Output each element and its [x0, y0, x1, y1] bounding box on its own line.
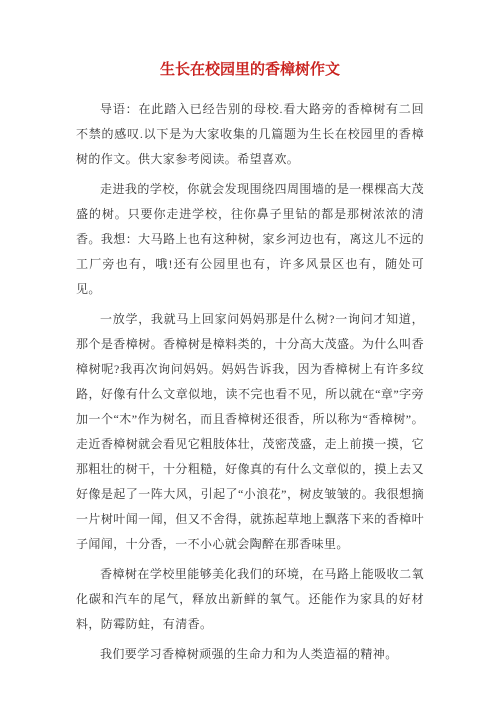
paragraph-school-trees: 走进我的学校，你就会发现围绕四周围墙的是一棵棵高大茂盛的树。只要你走进学校，往你… — [76, 177, 424, 302]
paragraph-conclusion: 我们要学习香樟树顽强的生命力和为人类造福的精神。 — [76, 642, 424, 667]
document-content: 生长在校园里的香樟树作文 导语：在此踏入已经告别的母校.看大路旁的香樟树有二回不… — [0, 0, 500, 667]
document-page: 生长在校园里的香樟树作文 导语：在此踏入已经告别的母校.看大路旁的香樟树有二回不… — [0, 0, 500, 707]
paragraph-tree-benefits: 香樟树在学校里能够美化我们的环境，在马路上能吸收二氧化碳和汽车的尾气，释放出新鲜… — [76, 562, 424, 637]
page-title: 生长在校园里的香樟树作文 — [76, 57, 424, 84]
paragraph-asking-mother: 一放学，我就马上回家问妈妈那是什么树?一询问才知道，那个是香樟树。香樟树是樟料类… — [76, 307, 424, 557]
paragraph-intro: 导语：在此踏入已经告别的母校.看大路旁的香樟树有二回不禁的感叹.以下是为大家收集… — [76, 97, 424, 172]
document-body: 导语：在此踏入已经告别的母校.看大路旁的香樟树有二回不禁的感叹.以下是为大家收集… — [76, 97, 424, 667]
